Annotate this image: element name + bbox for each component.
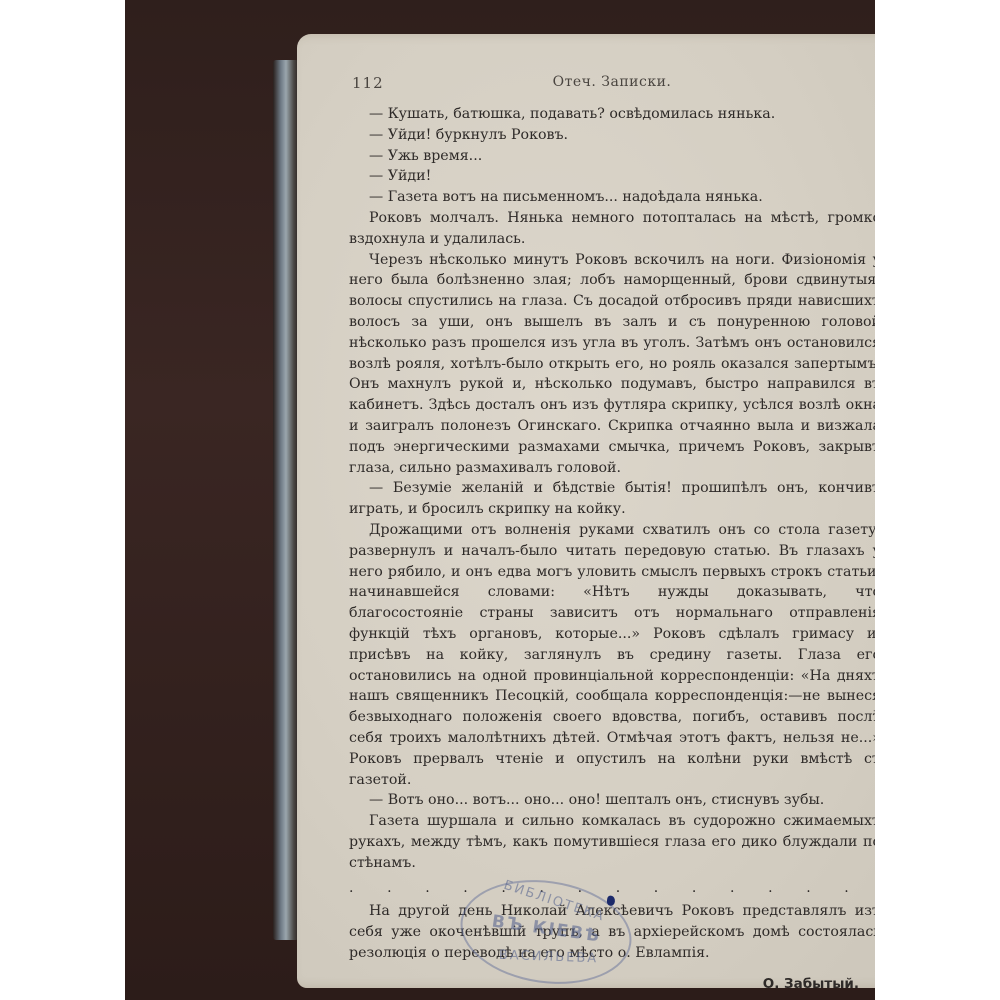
- section-separator: . . . . . . . . . . . . . . . . . . . . …: [349, 881, 875, 895]
- book-page: 112 Отеч. Записки. — Кушать, батюшка, по…: [297, 34, 875, 988]
- paragraph: Роковъ молчалъ. Нянька немного потоптала…: [349, 208, 875, 250]
- body-text: — Кушать, батюшка, подавать? освѣдомилас…: [349, 104, 875, 995]
- author-signature: О. Забытый.: [349, 974, 875, 995]
- dialogue-line: — Кушать, батюшка, подавать? освѣдомилас…: [349, 104, 875, 125]
- paragraph: — Безумiе желанiй и бѣдствiе бытiя! прош…: [349, 478, 875, 520]
- stamp-text-bottom: ВАСИЛЬЕВА: [488, 948, 608, 967]
- dialogue-line: — Газета вотъ на письменномъ... надоѣдал…: [349, 187, 875, 208]
- running-head: 112 Отеч. Записки.: [352, 74, 872, 98]
- journal-title: Отеч. Записки.: [352, 74, 872, 90]
- paragraph: Черезъ нѣсколько минутъ Роковъ вскочилъ …: [349, 250, 875, 479]
- dialogue-line: — Уйди!: [349, 166, 875, 187]
- paragraph-list: — Кушать, батюшка, подавать? освѣдомилас…: [349, 104, 875, 873]
- paragraph: Газета шуршала и сильно комкалась въ суд…: [349, 811, 875, 873]
- book-spine: [273, 60, 299, 940]
- paragraph: Дрожащими отъ волненiя руками схватилъ о…: [349, 520, 875, 790]
- book-photo: 112 Отеч. Записки. — Кушать, батюшка, по…: [125, 0, 875, 1000]
- dialogue-line: — Ужь время...: [349, 146, 875, 167]
- dialogue-line: — Уйди! буркнулъ Роковъ.: [349, 125, 875, 146]
- paragraph: — Вотъ оно... вотъ... оно... оно! шептал…: [349, 790, 875, 811]
